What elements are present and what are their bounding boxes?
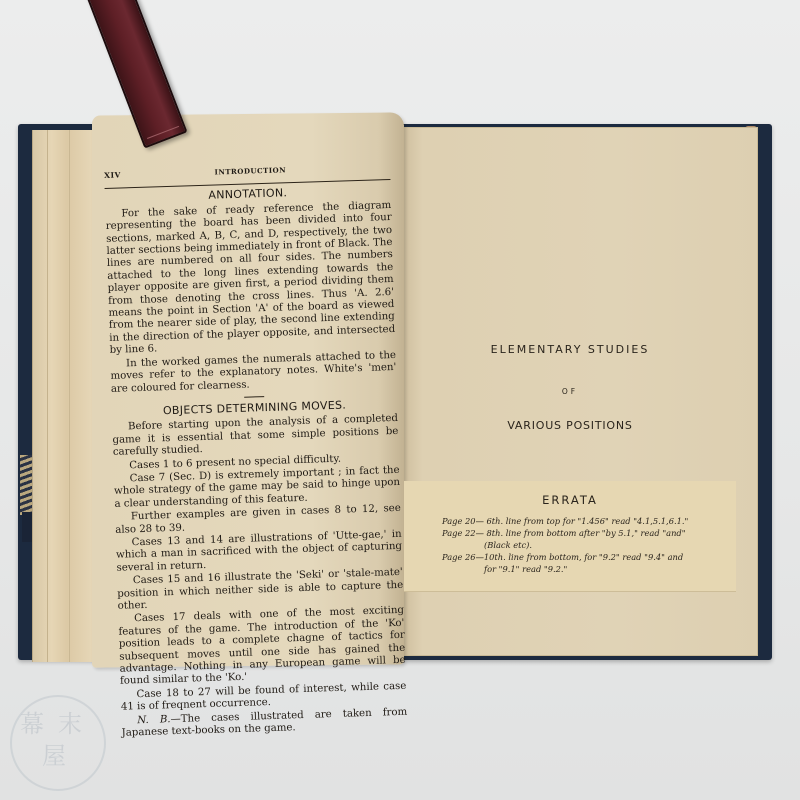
page-stack (32, 130, 95, 662)
right-page-title: ELEMENTARY STUDIES OF VARIOUS POSITIONS (400, 343, 740, 432)
watermark-char: 幕 (20, 711, 44, 737)
errata-slip: ERRATA Page 20— 6th. line from top for "… (404, 481, 736, 592)
errata-entry: Page 20— 6th. line from top for "1.456" … (404, 515, 736, 527)
errata-entry-continued: (Black etc). (404, 539, 736, 551)
watermark-char: 末 (58, 711, 82, 737)
title-line-3: VARIOUS POSITIONS (400, 419, 740, 432)
title-line-2: OF (400, 387, 740, 396)
running-head-title: INTRODUCTION (214, 164, 286, 179)
section-divider (244, 396, 264, 398)
errata-entry-continued: for "9.1" read "9.2." (404, 563, 736, 575)
note-label: N. B. (137, 714, 171, 726)
page-number: XIV (104, 169, 121, 182)
errata-entry: Page 26—10th. line from bottom, for "9.2… (404, 551, 736, 563)
spine-label (22, 512, 32, 542)
paragraph: For the sake of ready reference the diag… (105, 200, 396, 358)
errata-heading: ERRATA (404, 493, 736, 507)
watermark-stamp-icon: 幕 末 屋 (10, 695, 106, 791)
left-page-text: XIV INTRODUCTION ANNOTATION. For the sak… (104, 161, 408, 741)
paragraph: In the worked games the numerals attache… (110, 350, 397, 396)
watermark-char: 屋 (42, 743, 66, 769)
title-line-1: ELEMENTARY STUDIES (400, 343, 740, 356)
errata-entry: Page 22— 8th. line from bottom after "by… (404, 527, 736, 539)
paragraph: Cases 17 deals with one of the most exci… (118, 605, 406, 688)
